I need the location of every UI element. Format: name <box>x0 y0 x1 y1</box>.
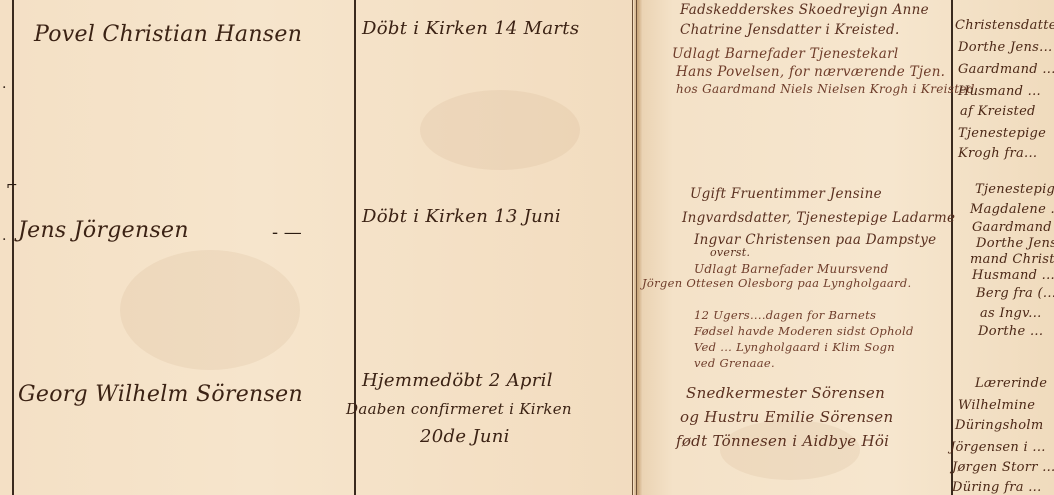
entry-2-sponsor-9: Dorthe ... <box>978 324 1043 339</box>
entry-2-sponsor-6: Husmand ... <box>972 268 1054 283</box>
entry-2-parents-line-4: overst. <box>710 246 750 259</box>
column-rule-name-date <box>354 0 356 495</box>
column-rule-left-margin <box>12 0 14 495</box>
entry-1-sponsor-1: Christensdatter <box>955 18 1054 33</box>
entry-2-sponsor-8: as Ingv... <box>980 306 1042 321</box>
entry-2-sponsor-4: Dorthe Jens... <box>976 236 1054 251</box>
margin-dot: · <box>2 232 6 248</box>
entry-3-parents-line-1: Snedkermester Sörensen <box>686 384 885 402</box>
entry-1-sponsor-4: Husmand ... <box>958 84 1041 99</box>
entry-1-parents-line-1: Fadskedderskes Skoedreyign Anne <box>680 2 929 18</box>
entry-2-parents-line-6: Jörgen Ottesen Olesborg paa Lyngholgaard… <box>642 276 911 290</box>
column-rule-gutter <box>636 0 637 495</box>
entry-1-sponsor-2: Dorthe Jens... <box>958 40 1052 55</box>
entry-2-parents-line-2: Ingvardsdatter, Tjenestepige Ladarme <box>682 210 955 226</box>
stain <box>120 250 300 370</box>
entry-3-sponsor-4: Jörgensen i ... <box>950 440 1046 455</box>
entry-2-sponsor-1: Tjenestepige <box>975 182 1054 197</box>
entry-2-parents-line-10: ved Grenaae. <box>694 356 775 370</box>
entry-2-baptism: Döbt i Kirken 13 Juni <box>362 206 561 227</box>
left-page <box>0 0 640 495</box>
margin-tick: ⌐ <box>6 178 18 194</box>
entry-3-baptism-line-1: Hjemmedöbt 2 April <box>362 370 553 391</box>
entry-3-name: Georg Wilhelm Sörensen <box>18 382 303 407</box>
entry-1-parents-line-3: Udlagt Barnefader Tjenestekarl <box>672 46 898 62</box>
column-rule-parents-sponsors <box>951 0 953 495</box>
entry-3-parents-line-2: og Hustru Emilie Sörensen <box>680 408 893 426</box>
entry-2-parents-line-5: Udlagt Barnefader Muursvend <box>694 262 889 276</box>
entry-2-parents-line-1: Ugift Fruentimmer Jensine <box>690 186 882 202</box>
entry-3-baptism-line-3: 20de Juni <box>420 426 510 447</box>
entry-3-sponsor-1: Lærerinde <box>975 376 1047 391</box>
margin-dot: · <box>2 80 6 96</box>
entry-2-sponsor-3: Gaardmand ... <box>972 220 1054 235</box>
entry-1-sponsor-3: Gaardmand ... <box>958 62 1054 77</box>
entry-1-parents-line-2: Chatrine Jensdatter i Kreisted. <box>680 22 900 38</box>
entry-1-parents-line-4: Hans Povelsen, for nærværende Tjen. <box>676 64 945 80</box>
entry-1-parents-line-5: hos Gaardmand Niels Nielsen Krogh i Krei… <box>676 82 975 96</box>
column-rule-date-edge <box>632 0 633 495</box>
entry-1-baptism: Döbt i Kirken 14 Marts <box>362 18 579 39</box>
entry-2-name: Jens Jörgensen <box>18 218 189 243</box>
entry-3-sponsor-2: Wilhelmine <box>958 398 1035 413</box>
entry-1-sponsor-6: Tjenestepige <box>958 126 1046 141</box>
entry-3-baptism-line-2: Daaben confirmeret i Kirken <box>346 400 572 418</box>
entry-2-sponsor-7: Berg fra (... <box>976 286 1054 301</box>
entry-1-sponsor-5: af Kreisted <box>960 104 1036 119</box>
entry-2-sponsor-5: mand Christ... <box>970 252 1054 267</box>
entry-3-sponsor-6: Düring fra ... <box>952 480 1042 495</box>
entry-3-parents-line-3: født Tönnesen i Aidbye Höi <box>676 432 889 450</box>
entry-3-sponsor-5: Jørgen Storr ... <box>952 460 1054 475</box>
entry-1-name: Povel Christian Hansen <box>34 22 302 47</box>
entry-2-name-dash: - — <box>272 222 302 243</box>
entry-1-sponsor-7: Krogh fra... <box>958 146 1037 161</box>
entry-3-sponsor-3: Düringsholm <box>955 418 1044 433</box>
stain <box>720 420 860 480</box>
stain <box>420 90 580 170</box>
entry-2-parents-line-9: Ved ... Lyngholgaard i Klim Sogn <box>694 340 895 354</box>
entry-2-sponsor-2: Magdalene ... <box>970 202 1054 217</box>
entry-2-parents-line-8: Fødsel havde Moderen sidst Ophold <box>694 324 914 338</box>
entry-2-parents-line-7: 12 Ugers....dagen for Barnets <box>694 308 876 322</box>
